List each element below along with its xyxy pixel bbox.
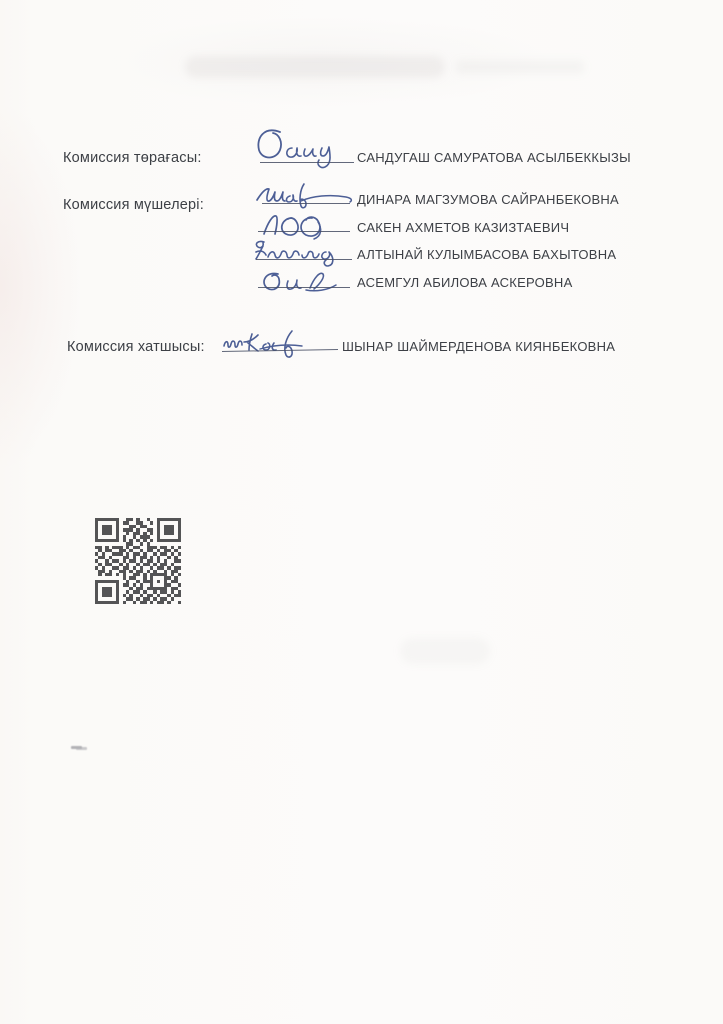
signature-line xyxy=(258,287,350,288)
member-4-name: АСЕМГУЛ АБИЛОВА АСКЕРОВНА xyxy=(357,275,573,290)
print-artifact xyxy=(71,746,82,749)
qr-code xyxy=(95,518,181,604)
signature-line xyxy=(260,162,354,163)
member-1-handwritten-signature xyxy=(254,180,360,210)
scanned-document-page: Комиссия төрағасы: Комиссия мүшелері: Ко… xyxy=(0,0,723,1024)
member-4-handwritten-signature xyxy=(254,266,354,296)
chairman-name: САНДУГАШ САМУРАТОВА АСЫЛБЕККЫЗЫ xyxy=(357,150,631,165)
secretary-name: ШЫНАР ШАЙМЕРДЕНОВА КИЯНБЕКОВНА xyxy=(342,339,615,354)
bleed-through-artifact xyxy=(185,56,445,78)
member-2-name: САКЕН АХМЕТОВ КАЗИЗТАЕВИЧ xyxy=(357,220,569,235)
bleed-through-artifact xyxy=(455,60,585,74)
member-3-handwritten-signature xyxy=(250,238,360,268)
secretary-handwritten-signature xyxy=(218,328,348,360)
member-3-name: АЛТЫНАЙ КУЛЫМБАСОВА БАХЫТОВНА xyxy=(357,247,616,262)
signature-line xyxy=(256,259,352,260)
secretary-label: Комиссия хатшысы: xyxy=(67,339,205,355)
scan-smudge-artifact xyxy=(400,638,490,664)
signature-line xyxy=(262,203,350,204)
signature-line xyxy=(258,231,350,232)
chairman-label: Комиссия төрағасы: xyxy=(63,150,202,166)
member-2-handwritten-signature xyxy=(254,210,354,240)
members-label: Комиссия мүшелері: xyxy=(63,197,204,213)
member-1-name: ДИНАРА МАГЗУМОВА САЙРАНБЕКОВНА xyxy=(357,192,619,207)
